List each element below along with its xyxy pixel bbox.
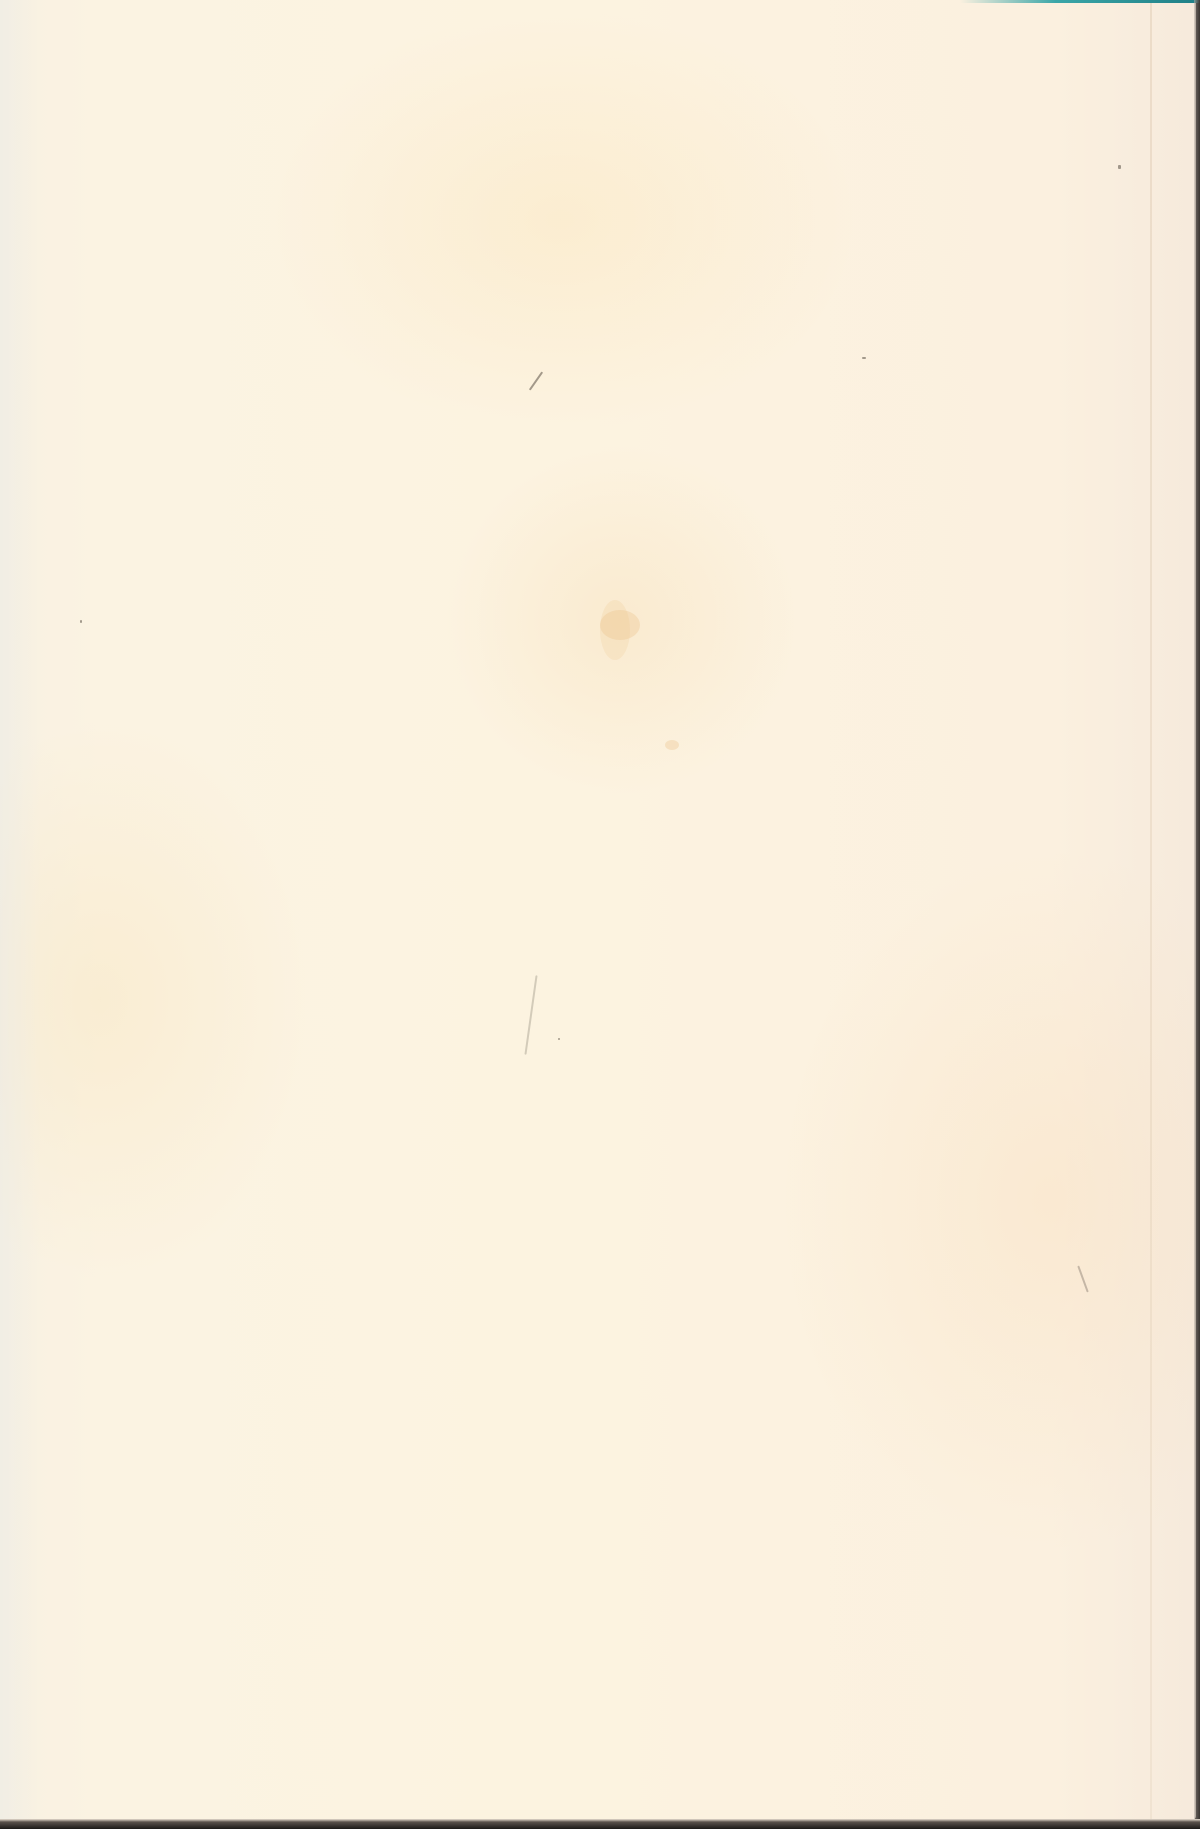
scanned-page	[0, 0, 1200, 1829]
blank-paper-page	[0, 0, 1196, 1820]
paper-speck	[80, 620, 82, 623]
left-edge-shade	[0, 0, 40, 1820]
paper-scratch	[524, 975, 537, 1054]
top-edge-accent-strip	[960, 0, 1200, 3]
paper-scratch	[1077, 1266, 1088, 1293]
paper-stain	[665, 740, 679, 750]
paper-speck	[1118, 165, 1121, 169]
paper-speck	[862, 357, 866, 359]
paper-stain	[600, 600, 630, 660]
right-edge-shadow	[1194, 0, 1200, 1829]
spine-fold-line	[1150, 0, 1152, 1820]
bottom-edge-shadow	[0, 1819, 1200, 1829]
paper-scratch	[529, 371, 543, 390]
paper-speck	[558, 1038, 560, 1040]
